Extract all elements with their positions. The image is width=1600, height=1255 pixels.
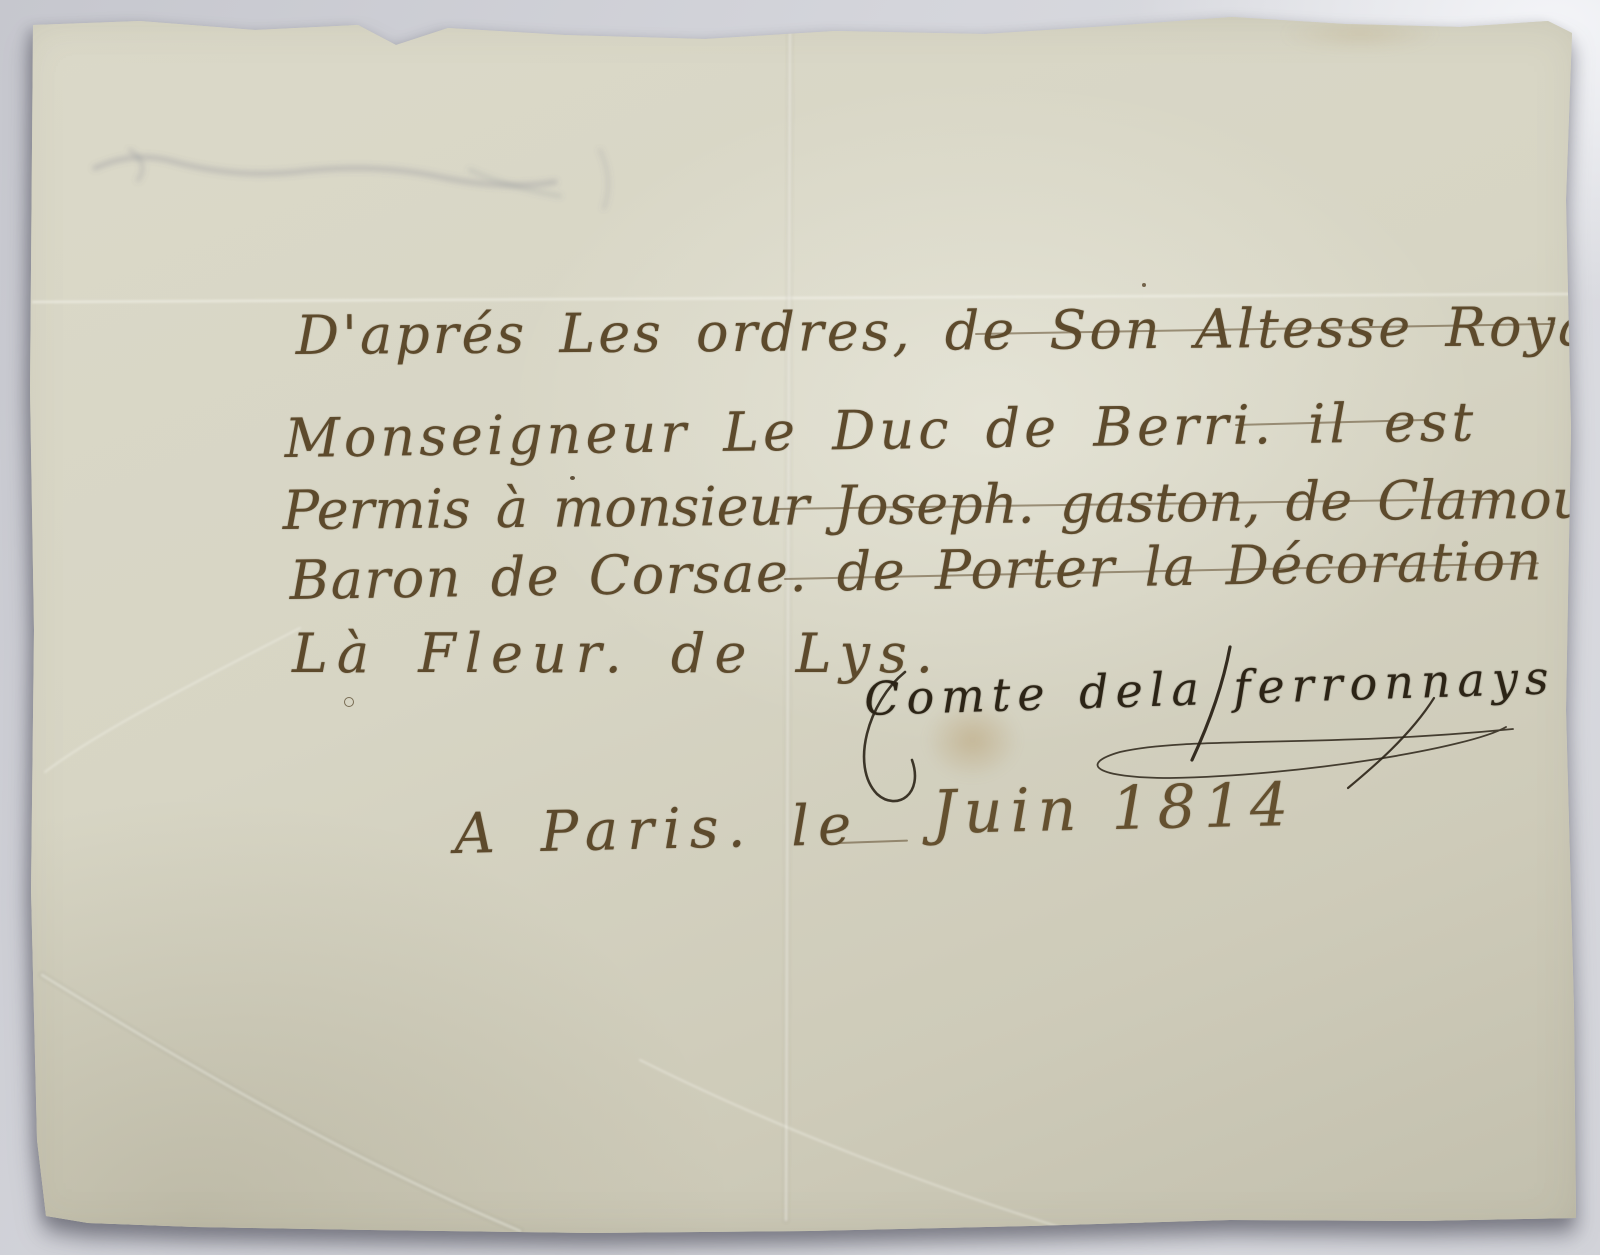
manuscript-line-2: Monseigneur Le Duc de Berri. il est: [284, 395, 1477, 466]
manuscript-paper: D'aprés Les ordres, de Son Altesse Royal…: [0, 0, 1600, 1255]
manuscript-line-4: Baron de Corsae. de Porter la Décoration…: [289, 533, 1600, 608]
signature: Comte dela ferronnays: [864, 654, 1557, 722]
manuscript-line-1: D'aprés Les ordres, de Son Altesse Royal…: [296, 300, 1600, 363]
manuscript-line-5: Là Fleur. de Lys.: [292, 627, 942, 681]
ink-speck: [1142, 283, 1146, 287]
dateline-place: A Paris. le: [454, 798, 861, 863]
dateline: A Paris. le Juin 1814: [454, 784, 1297, 863]
ink-speck-ring: [344, 697, 354, 707]
paper-shadow-wrap: D'aprés Les ordres, de Son Altesse Royal…: [0, 0, 1600, 1255]
showthrough-marks: [95, 150, 608, 208]
paper-stain-top: [1280, 18, 1440, 50]
photo-backdrop: D'aprés Les ordres, de Son Altesse Royal…: [0, 0, 1600, 1255]
dateline-date: Juin 1814: [931, 775, 1297, 843]
